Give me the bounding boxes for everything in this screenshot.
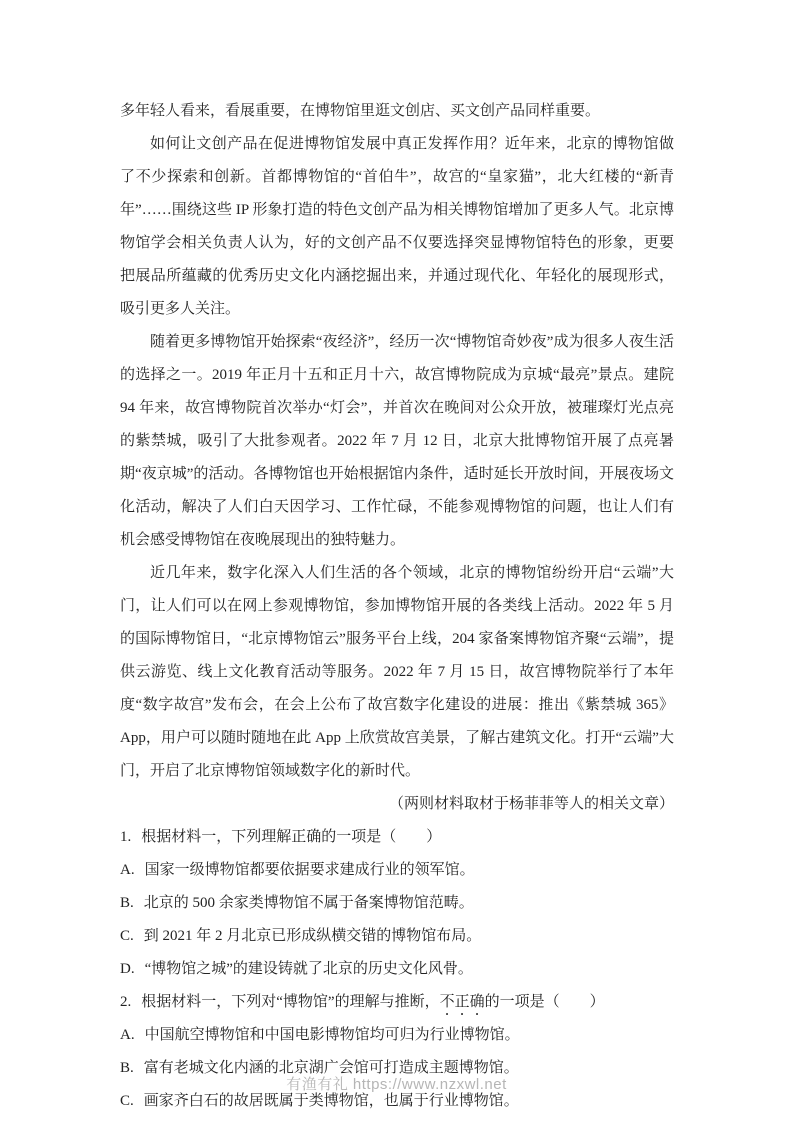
question-2-text: 根据材料一，下列对“博物馆”的理解与推断， [141,994,439,1010]
option-text: 到 2021 年 2 月北京已形成纵横交错的博物馆布局。 [144,928,482,944]
option-text: 画家齐白石的故居既属于类博物馆，也属于行业博物馆。 [144,1093,519,1109]
option-label: B. [120,887,134,920]
emphasized-text: 不正确 [440,994,485,1010]
question-2-text-after: 的一项是（ ） [485,994,605,1010]
question-1-option-b: B.北京的 500 余家类博物馆不属于备案博物馆范畴。 [120,887,674,920]
question-2-number: 2. [120,986,131,1019]
document-content: 多年轻人看来，看展重要，在博物馆里逛文创店、买文创产品同样重要。 如何让文创产品… [120,95,674,1118]
option-label: C. [120,920,134,953]
body-paragraph: 如何让文创产品在促进博物馆发展中真正发挥作用？近年来，北京的博物馆做了不少探索和… [120,128,674,326]
body-paragraph: 随着更多博物馆开始探索“夜经济”，经历一次“博物馆奇妙夜”成为很多人夜生活的选择… [120,326,674,557]
watermark: 有渔有礼 https://www.nzxwl.net [0,1073,793,1094]
attribution-line: （两则材料取材于杨菲菲等人的相关文章） [120,788,674,821]
option-text: 中国航空博物馆和中国电影博物馆均可归为行业博物馆。 [145,1027,520,1043]
question-1-option-d: D.“博物馆之城”的建设铸就了北京的历史文化风骨。 [120,953,674,986]
option-text: 国家一级博物馆都要依据要求建成行业的领军馆。 [145,862,475,878]
document-page: 多年轻人看来，看展重要，在博物馆里逛文创店、买文创产品同样重要。 如何让文创产品… [0,0,793,1122]
body-paragraph-continuation: 多年轻人看来，看展重要，在博物馆里逛文创店、买文创产品同样重要。 [120,95,674,128]
question-2-option-a: A.中国航空博物馆和中国电影博物馆均可归为行业博物馆。 [120,1019,674,1052]
option-label: A. [120,1019,135,1052]
option-text: 北京的 500 余家类博物馆不属于备案博物馆范畴。 [144,895,474,911]
question-1-option-c: C.到 2021 年 2 月北京已形成纵横交错的博物馆布局。 [120,920,674,953]
question-1-number: 1. [120,821,131,854]
option-label: A. [120,854,135,887]
question-1-option-a: A.国家一级博物馆都要依据要求建成行业的领军馆。 [120,854,674,887]
question-2-stem: 2.根据材料一，下列对“博物馆”的理解与推断，不正确的一项是（ ） [120,986,674,1019]
option-label: D. [120,953,135,986]
body-paragraph: 近几年来，数字化深入人们生活的各个领域，北京的博物馆纷纷开启“云端”大门，让人们… [120,557,674,788]
question-1-stem: 1.根据材料一，下列理解正确的一项是（ ） [120,821,674,854]
option-text: “博物馆之城”的建设铸就了北京的历史文化风骨。 [145,961,473,977]
question-1-text: 根据材料一，下列理解正确的一项是（ ） [141,829,441,845]
